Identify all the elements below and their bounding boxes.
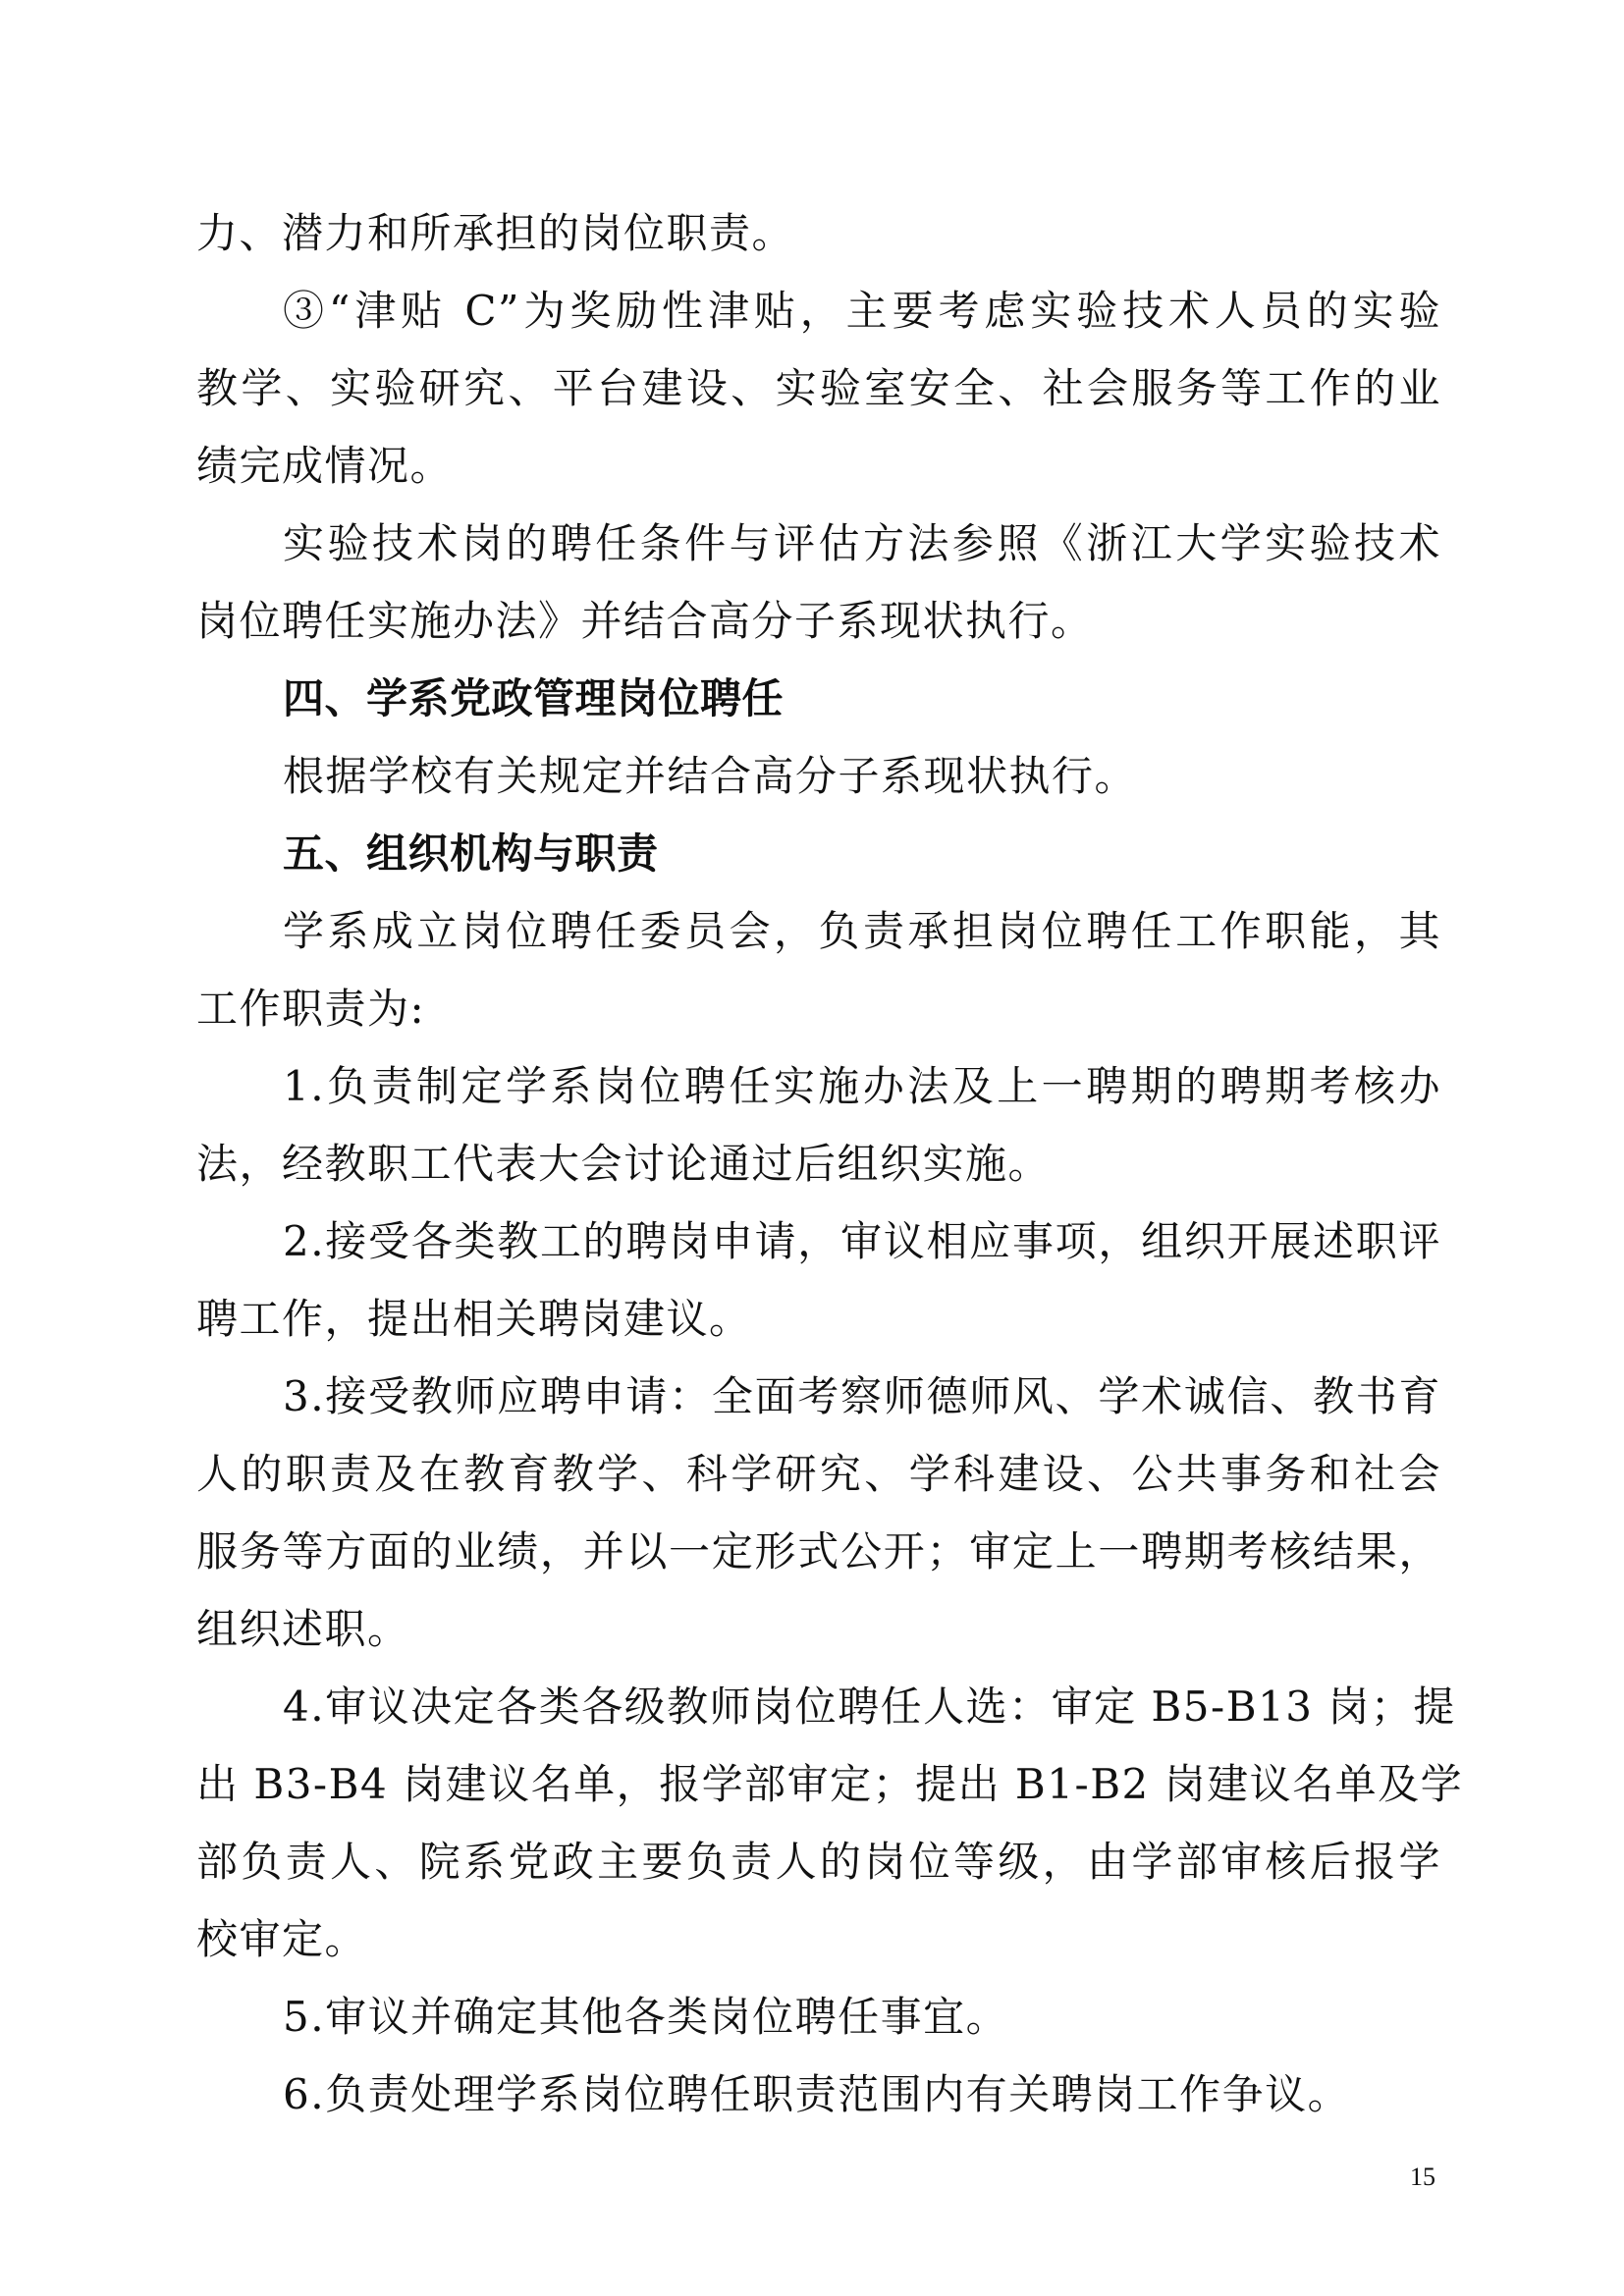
list-item-5: 5.审议并确定其他各类岗位聘任事宜。 xyxy=(196,1978,1441,2056)
paragraph-line: 力、潜力和所承担的岗位职责。 xyxy=(196,194,1441,272)
paragraph-line: 部负责人、院系党政主要负责人的岗位等级，由学部审核后报学 xyxy=(196,1823,1441,1900)
paragraph-line: 组织述职。 xyxy=(196,1590,1441,1668)
document-page: 力、潜力和所承担的岗位职责。 ③“津贴 C”为奖励性津贴，主要考虑实验技术人员的… xyxy=(196,194,1441,2133)
paragraph-line: 出 B3-B4 岗建议名单，报学部审定；提出 B1-B2 岗建议名单及学 xyxy=(196,1745,1441,1823)
list-item-2: 2.接受各类教工的聘岗申请，审议相应事项，组织开展述职评 xyxy=(196,1202,1441,1280)
paragraph-line: 人的职责及在教育教学、科学研究、学科建设、公共事务和社会 xyxy=(196,1435,1441,1513)
paragraph-line: ③“津贴 C”为奖励性津贴，主要考虑实验技术人员的实验 xyxy=(196,272,1441,349)
paragraph-line: 教学、实验研究、平台建设、实验室安全、社会服务等工作的业 xyxy=(196,349,1441,427)
paragraph-line: 根据学校有关规定并结合高分子系现状执行。 xyxy=(196,737,1441,815)
paragraph-line: 校审定。 xyxy=(196,1900,1441,1978)
paragraph-line: 学系成立岗位聘任委员会，负责承担岗位聘任工作职能，其 xyxy=(196,892,1441,970)
paragraph-line: 岗位聘任实施办法》并结合高分子系现状执行。 xyxy=(196,582,1441,660)
paragraph-line: 实验技术岗的聘任条件与评估方法参照《浙江大学实验技术 xyxy=(196,505,1441,582)
section-heading-5: 五、组织机构与职责 xyxy=(196,815,1441,892)
list-item-6: 6.负责处理学系岗位聘任职责范围内有关聘岗工作争议。 xyxy=(196,2056,1441,2133)
list-item-3: 3.接受教师应聘申请：全面考察师德师风、学术诚信、教书育 xyxy=(196,1358,1441,1435)
paragraph-line: 服务等方面的业绩，并以一定形式公开；审定上一聘期考核结果， xyxy=(196,1513,1441,1590)
page-number: 15 xyxy=(1410,2163,1435,2192)
paragraph-line: 法，经教职工代表大会讨论通过后组织实施。 xyxy=(196,1125,1441,1202)
paragraph-line: 绩完成情况。 xyxy=(196,427,1441,505)
list-item-1: 1.负责制定学系岗位聘任实施办法及上一聘期的聘期考核办 xyxy=(196,1047,1441,1125)
list-item-4: 4.审议决定各类各级教师岗位聘任人选：审定 B5-B13 岗；提 xyxy=(196,1668,1441,1745)
paragraph-line: 聘工作，提出相关聘岗建议。 xyxy=(196,1280,1441,1358)
section-heading-4: 四、学系党政管理岗位聘任 xyxy=(196,660,1441,737)
paragraph-line: 工作职责为: xyxy=(196,970,1441,1047)
